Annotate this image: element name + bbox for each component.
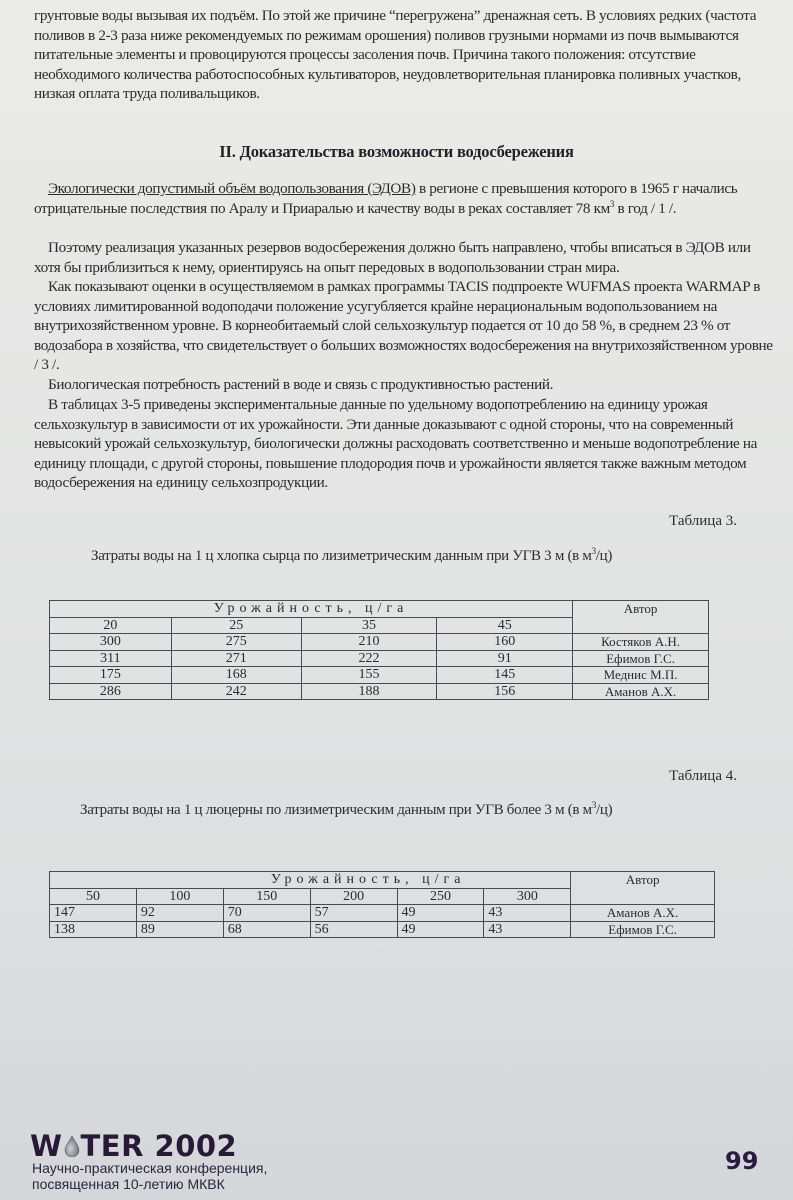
table-cell-value: 222 <box>301 650 437 667</box>
table4-yield-header: 50 <box>50 888 137 905</box>
paragraph-tacis: Как показывают оценки в осуществляемом в… <box>34 277 774 375</box>
table-cell-value: 311 <box>50 650 172 667</box>
table4-yield-header: 250 <box>397 888 484 905</box>
table-cell-value: 138 <box>50 921 137 938</box>
table4-author-header: Автор <box>571 872 715 905</box>
document-page: грунтовые воды вызывая их подъём. По это… <box>0 0 793 1200</box>
table-cell-value: 300 <box>50 634 172 651</box>
table-cell-value: 91 <box>437 650 573 667</box>
table-row: 1388968564943Ефимов Г.С. <box>50 921 715 938</box>
table-cell-author: Ефимов Г.С. <box>573 650 709 667</box>
table-cell-value: 56 <box>310 921 397 938</box>
table-row: 175168155145Меднис М.П. <box>50 667 709 684</box>
table4-caption: Таблица 4. <box>669 768 737 785</box>
edov-term: Экологически допустимый объём водопользо… <box>48 180 416 197</box>
table-cell-value: 175 <box>50 667 172 684</box>
table-cell-value: 68 <box>223 921 310 938</box>
table-cell-value: 210 <box>301 634 437 651</box>
table3-yield-header: 25 <box>171 617 301 634</box>
paragraph-reserves: Поэтому реализация указанных резервов во… <box>34 238 774 277</box>
table3-title-unit: /ц) <box>596 548 612 564</box>
table4: Урожайность, ц/га Автор 5010015020025030… <box>49 871 715 938</box>
water-2002-logo: WTER 2002 <box>30 1130 237 1162</box>
table3-yield-header: 35 <box>301 617 437 634</box>
table3-title: Затраты воды на 1 ц хлопка сырца по лизи… <box>91 548 612 565</box>
table-cell-value: 242 <box>171 683 301 700</box>
table-cell-author: Аманов А.Х. <box>571 905 715 922</box>
table-cell-value: 160 <box>437 634 573 651</box>
table-cell-author: Меднис М.П. <box>573 667 709 684</box>
subtitle-line-2: посвященная 10-летию МКВК <box>32 1176 267 1192</box>
subtitle-line-1: Научно-практическая конференция, <box>32 1160 267 1176</box>
table-cell-value: 49 <box>397 905 484 922</box>
table4-title-unit: /ц) <box>596 802 612 818</box>
table4-yield-header: 300 <box>484 888 571 905</box>
page-number: 99 <box>725 1147 758 1175</box>
paragraph-edov: Экологически допустимый объём водопользо… <box>34 179 774 218</box>
table-row: 31127122291Ефимов Г.С. <box>50 650 709 667</box>
table3-author-header: Автор <box>573 601 709 634</box>
paragraph-edov-end: в год / 1 /. <box>614 200 676 217</box>
table3-title-text: Затраты воды на 1 ц хлопка сырца по лизи… <box>91 548 592 564</box>
table-cell-value: 147 <box>50 905 137 922</box>
logo-text-w: W <box>30 1129 63 1163</box>
table-cell-value: 168 <box>171 667 301 684</box>
table-cell-value: 43 <box>484 921 571 938</box>
table-row: 286242188156Аманов А.Х. <box>50 683 709 700</box>
table-cell-value: 155 <box>301 667 437 684</box>
table-cell-value: 70 <box>223 905 310 922</box>
table3: Урожайность, ц/га Автор 20253545 3002752… <box>49 600 709 700</box>
table-cell-author: Костяков А.Н. <box>573 634 709 651</box>
table3-group-header: Урожайность, ц/га <box>50 601 573 618</box>
table4-yield-header: 100 <box>136 888 223 905</box>
table-cell-value: 92 <box>136 905 223 922</box>
table3-caption: Таблица 3. <box>669 513 737 530</box>
paragraph-tables-intro: В таблицах 3-5 приведены экспериментальн… <box>34 395 774 493</box>
table-cell-value: 49 <box>397 921 484 938</box>
table-row: 1479270574943Аманов А.Х. <box>50 905 715 922</box>
table3-header-row: Урожайность, ц/га Автор <box>50 601 709 618</box>
table-cell-value: 286 <box>50 683 172 700</box>
table-cell-value: 57 <box>310 905 397 922</box>
table-cell-value: 89 <box>136 921 223 938</box>
table4-title: Затраты воды на 1 ц люцерны по лизиметри… <box>80 802 612 819</box>
table3-body: 300275210160Костяков А.Н.31127122291Ефим… <box>50 634 709 700</box>
table-cell-value: 275 <box>171 634 301 651</box>
water-drop-icon <box>64 1131 80 1153</box>
table3-yield-header: 20 <box>50 617 172 634</box>
table-cell-author: Ефимов Г.С. <box>571 921 715 938</box>
table-cell-author: Аманов А.Х. <box>573 683 709 700</box>
section-heading: II. Доказательства возможности водосбере… <box>0 142 793 162</box>
paragraph-biological-need: Биологическая потребность растений в вод… <box>34 375 774 395</box>
table-cell-value: 145 <box>437 667 573 684</box>
logo-text-ter-2002: TER 2002 <box>81 1129 238 1163</box>
table3-yield-header: 45 <box>437 617 573 634</box>
table4-header-row: Урожайность, ц/га Автор <box>50 872 715 889</box>
table-cell-value: 156 <box>437 683 573 700</box>
table4-title-text: Затраты воды на 1 ц люцерны по лизиметри… <box>80 802 592 818</box>
table-row: 300275210160Костяков А.Н. <box>50 634 709 651</box>
intro-paragraph: грунтовые воды вызывая их подъём. По это… <box>34 6 774 104</box>
table-cell-value: 271 <box>171 650 301 667</box>
table4-yield-header: 200 <box>310 888 397 905</box>
table4-group-header: Урожайность, ц/га <box>50 872 571 889</box>
table-cell-value: 43 <box>484 905 571 922</box>
table4-yield-header: 150 <box>223 888 310 905</box>
table4-body: 1479270574943Аманов А.Х.1388968564943Ефи… <box>50 905 715 938</box>
conference-subtitle: Научно-практическая конференция, посвяще… <box>32 1160 267 1192</box>
table-cell-value: 188 <box>301 683 437 700</box>
